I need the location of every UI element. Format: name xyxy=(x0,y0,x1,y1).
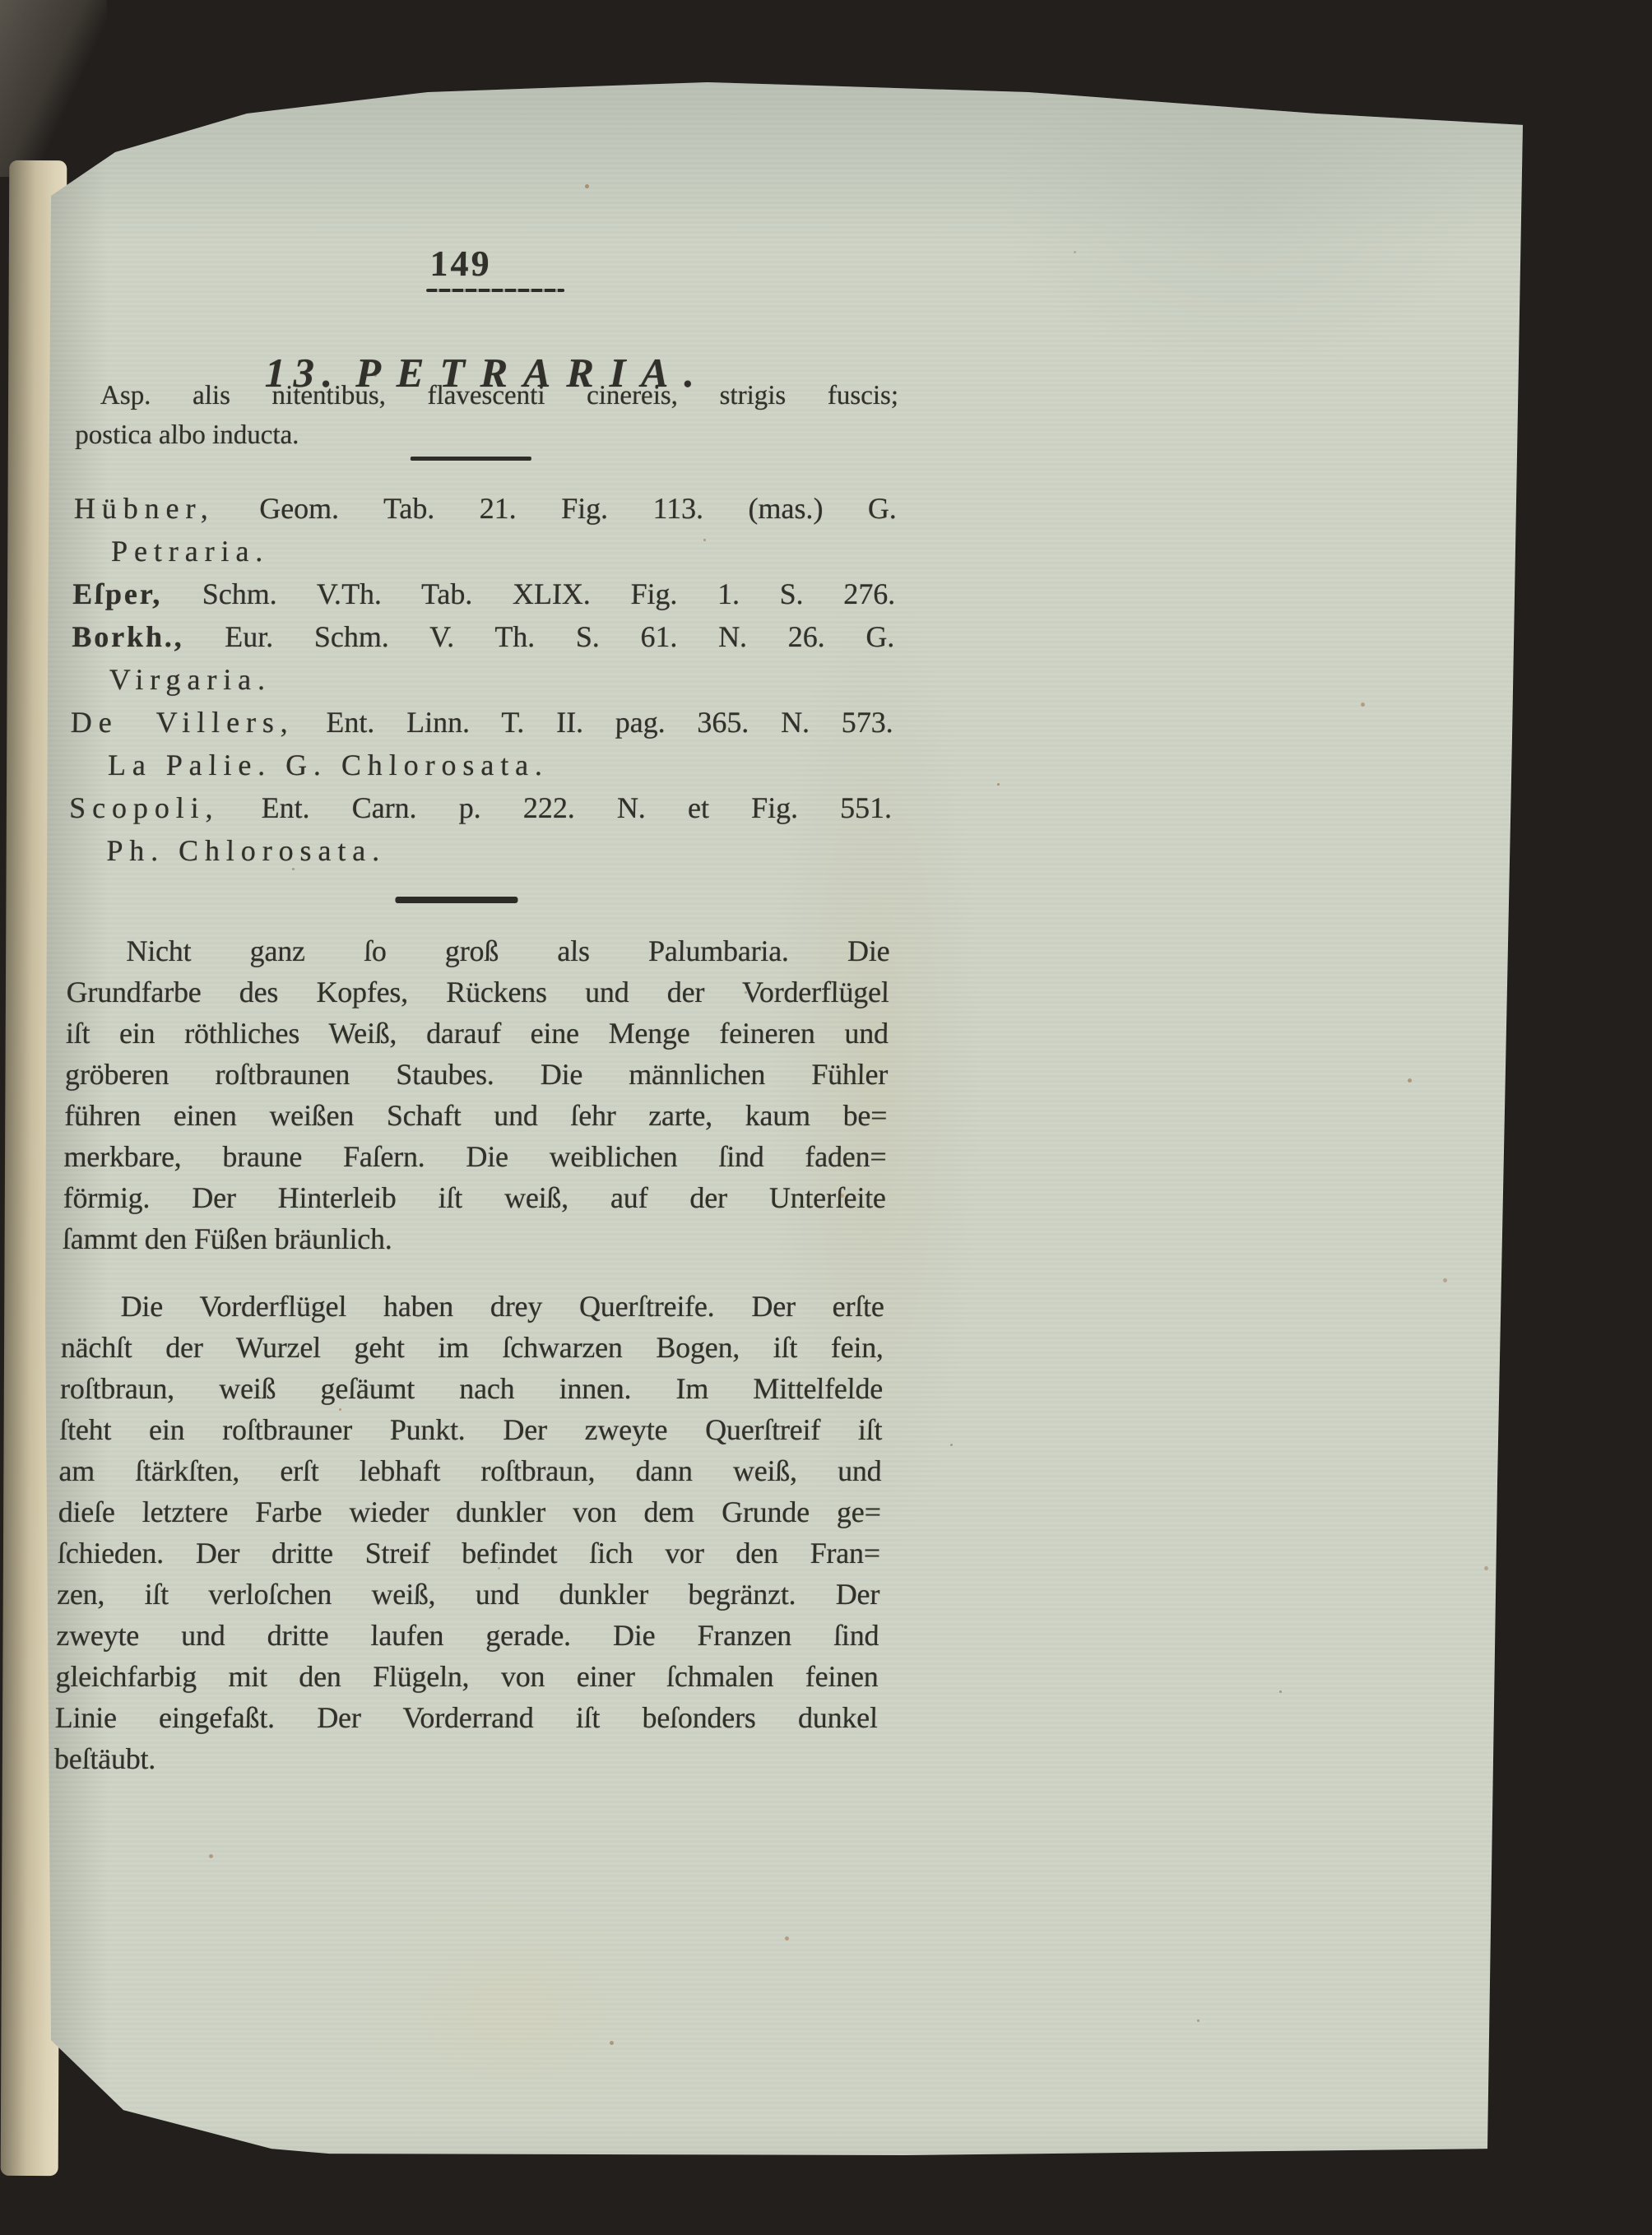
reference-detail: Ent. Linn. T. II. pag. 365. N. 573. xyxy=(326,706,893,739)
separator-rule-thin xyxy=(411,457,531,461)
text-line: Nicht ganz ſo groß als Palumbaria. Die xyxy=(67,930,890,971)
reference-entry: Hübner, Geom. Tab. 21. Fig. 113. (mas.) … xyxy=(74,487,898,530)
page-number: 149 xyxy=(429,243,492,285)
reference-name: De Villers, xyxy=(71,706,295,739)
text-line: gleichfarbig mit den Flügeln, von einer … xyxy=(55,1656,879,1697)
scanned-book-page: { "colors": { "scan_background": "#221f1… xyxy=(0,0,1652,2235)
latin-diagnosis: Asp. alis nitentibus, flavescenti cinere… xyxy=(75,376,899,455)
text-line: am ſtärkſten, erſt lebhaft roſtbraun, da… xyxy=(58,1450,882,1491)
reference-continuation: Petraria. xyxy=(73,530,897,573)
body-paragraph: Nicht ganz ſo groß als Palumbaria. Die G… xyxy=(63,930,890,1259)
book-page: 149 13.PETRARIA. Asp. alis nitentibus, f… xyxy=(0,0,1652,2235)
text-line: führen einen weißen Schaft und ſehr zart… xyxy=(64,1095,888,1136)
body-paragraph: Die Vorderflügel haben drey Querſtreife.… xyxy=(54,1286,884,1779)
text-line: roſtbraun, weiß geſäumt nach innen. Im M… xyxy=(60,1368,884,1409)
references-list: Hübner, Geom. Tab. 21. Fig. 113. (mas.) … xyxy=(68,487,897,872)
reference-name: Hübner, xyxy=(74,492,216,525)
reference-name: Borkh., xyxy=(72,620,184,653)
reference-entry: De Villers, Ent. Linn. T. II. pag. 365. … xyxy=(70,701,893,744)
text-line: merkbare, braune Faſern. Die weiblichen … xyxy=(63,1136,887,1177)
text-line: Grundfarbe des Kopfes, Rückens und der V… xyxy=(66,971,889,1013)
text-line: zen, iſt verloſchen weiß, und dunkler be… xyxy=(57,1574,880,1615)
text-line: Linie eingefaßt. Der Vorderrand iſt beſo… xyxy=(54,1697,878,1738)
text-line: förmig. Der Hinterleib iſt weiß, auf der… xyxy=(63,1177,886,1218)
neighbour-page-corner xyxy=(0,0,107,177)
reference-continuation: Virgaria. xyxy=(71,658,894,701)
text-line: nächſt der Wurzel geht im ſchwarzen Boge… xyxy=(61,1327,884,1368)
text-line: Asp. alis nitentibus, flavescenti cinere… xyxy=(76,376,899,415)
reference-entry: Borkh., Eur. Schm. V. Th. S. 61. N. 26. … xyxy=(72,615,895,658)
text-column: 149 13.PETRARIA. Asp. alis nitentibus, f… xyxy=(52,243,901,1929)
text-line: ſammt den Füßen bräunlich. xyxy=(63,1218,886,1259)
reference-name: Scopoli, xyxy=(69,791,220,824)
text-line: ſchieden. Der dritte Streif befindet ſic… xyxy=(58,1533,881,1574)
text-line: gröberen roſtbraunen Staubes. Die männli… xyxy=(65,1054,889,1095)
text-line: iſt ein röthliches Weiß, darauf eine Men… xyxy=(66,1013,889,1054)
text-line: Die Vorderflügel haben drey Querſtreife.… xyxy=(61,1286,884,1327)
text-line: zweyte und dritte laufen gerade. Die Fra… xyxy=(56,1615,879,1656)
text-line: postica albo inducta. xyxy=(75,415,898,455)
reference-continuation: Ph. Chlorosata. xyxy=(68,829,892,872)
text-line: ſteht ein roſtbrauner Punkt. Der zweyte … xyxy=(59,1409,883,1450)
page-number-rule xyxy=(426,289,564,292)
reference-detail: Ent. Carn. p. 222. N. et Fig. 551. xyxy=(261,791,892,824)
reference-detail: Eur. Schm. V. Th. S. 61. N. 26. G. xyxy=(225,620,895,653)
text-line: dieſe letztere Farbe wieder dunkler von … xyxy=(58,1491,881,1533)
reference-entry: Scopoli, Ent. Carn. p. 222. N. et Fig. 5… xyxy=(69,786,893,829)
reference-detail: Schm. V.Th. Tab. XLIX. Fig. 1. S. 276. xyxy=(202,577,896,610)
reference-entry: Eſper, Schm. V.Th. Tab. XLIX. Fig. 1. S.… xyxy=(72,573,896,615)
reference-detail: Geom. Tab. 21. Fig. 113. (mas.) G. xyxy=(259,492,897,525)
reference-continuation: La Palie. G. Chlorosata. xyxy=(70,744,893,786)
separator-rule-thick xyxy=(395,897,517,903)
text-line: beſtäubt. xyxy=(54,1738,878,1779)
reference-name: Eſper, xyxy=(72,577,163,610)
